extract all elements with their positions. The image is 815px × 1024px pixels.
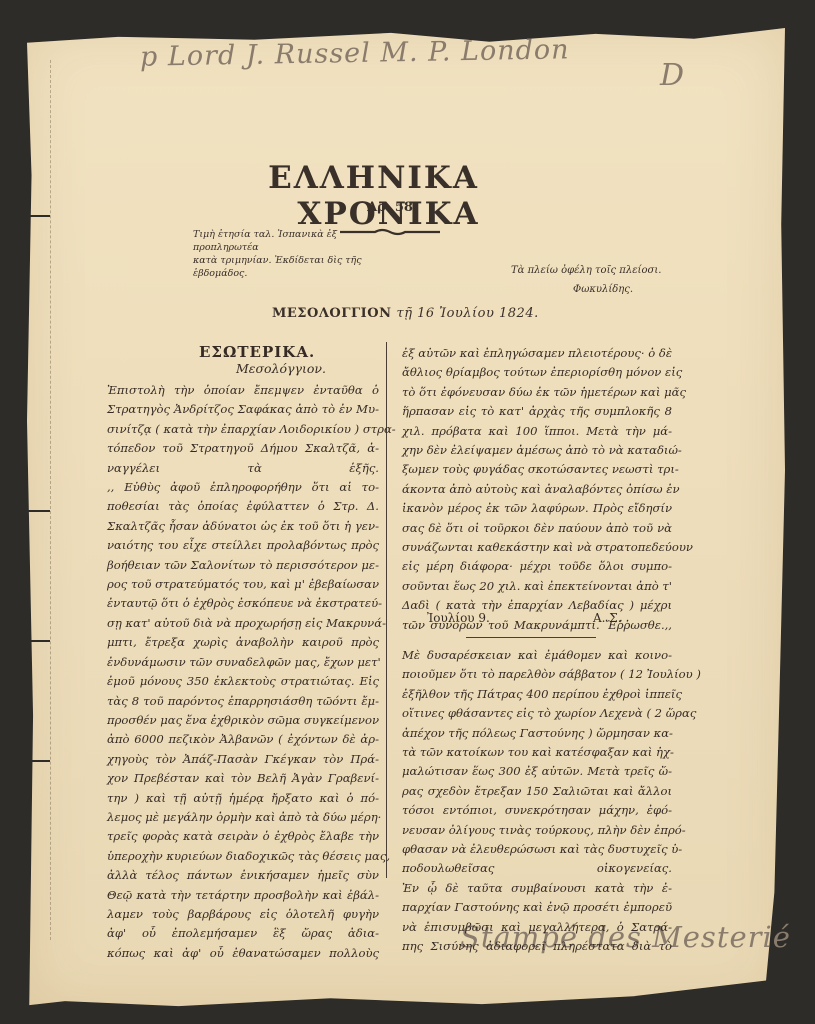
newspaper-title: ΕΛΛΗΝΙΚΑΧΡΟΝΙΚΑ bbox=[196, 160, 581, 232]
text-line: Ἐπιστολὴ τὴν ὁποίαν ἔπεμψεν ἐνταῦθα ὁ bbox=[107, 381, 379, 400]
text-line: ρος τοῦ στρατεύματός του, καὶ μ' ἐβεβαίω… bbox=[107, 575, 379, 594]
text-line: φθασαν νὰ ἐλευθερώσωσι καὶ τὰς δυστυχεῖς… bbox=[402, 840, 672, 859]
text-line: ἀπέχον τῆς πόλεως Γαστούνης ) ὥρμησαν κα… bbox=[402, 724, 672, 743]
text-line: ἐμοῦ μόνους 350 ἐκλεκτοὺς στρατιώτας. Εἰ… bbox=[107, 672, 379, 691]
text-line: εἰς μέρη διάφορα· μέχρι τοῦδε ὅλοι συμπο… bbox=[402, 557, 672, 576]
text-line: σινίτζᾳ ( κατὰ τὴν ἐπαρχίαν Λοιδορικίου … bbox=[107, 420, 379, 439]
text-line: προσθέν μας ἕνα ἐχθρικὸν σῶμα συγκείμενο… bbox=[107, 711, 379, 730]
dateline-place: ΜΕΣΟΛΟΓΓΙΟΝ bbox=[272, 306, 391, 321]
subscription-line: κατὰ τριμηνίαν. Ἐκδίδεται δὶς τῆς ἑβδομά… bbox=[193, 254, 363, 280]
article-column-right-top: ἐξ αὐτῶν καὶ ἐπληγώσαμεν πλειοτέρους· ὁ … bbox=[402, 344, 672, 635]
text-line: Σκαλτζᾶς ἦσαν ἀδύνατοι ὡς ἐκ τοῦ ὅτι ἡ γ… bbox=[107, 517, 379, 536]
text-line: Στρατηγὸς Ἀνδρίτζος Σαφάκας ἀπὸ τὸ ἐν Μυ… bbox=[107, 400, 379, 419]
text-line: συνάζωνται καθεκάστην καὶ νὰ στρατοπεδεύ… bbox=[402, 538, 672, 557]
text-line: τόσοι εντόπιοι, συνεκρότησαν μάχην, ἐφό- bbox=[402, 801, 672, 820]
text-line: χον Πρεβέσταν καὶ τὸν Βελῆ Ἀγὰν Γραβενί- bbox=[107, 769, 379, 788]
text-line: παρχίαν Γαστούνης καὶ ἐνῷ προσέτι ἐμπορε… bbox=[402, 898, 672, 917]
issue-number: Αρ. 58 bbox=[350, 200, 430, 215]
handwritten-corner-mark: D bbox=[660, 58, 685, 93]
text-line: σας δὲ ὅτι οἱ τοῦρκοι δὲν παύουν ἀπὸ τοῦ… bbox=[402, 519, 672, 538]
text-line: Μὲ δυσαρέσκειαν καὶ ἐμάθομεν καὶ κοινο- bbox=[402, 646, 672, 665]
text-line: ἐνδυνάμωσιν τῶν συναδελφῶν μας, ἔχων μετ… bbox=[107, 653, 379, 672]
text-line: πης Σισύνης ἀδιαφορεῖ πληρέστατα διὰ τὸ bbox=[402, 937, 672, 956]
text-line: ἀφ' οὗ ἐπολεμήσαμεν ἓξ ὥρας ἀδια- bbox=[107, 924, 379, 943]
text-line: Θεῷ κατὰ τὴν τετάρτην προσβολὴν καὶ ἐβάλ… bbox=[107, 886, 379, 905]
text-line: τόπεδον τοῦ Στρατηγοῦ Δήμου Σκαλτζᾶ, ἀ- bbox=[107, 439, 379, 458]
text-line: ἥρπασαν εἰς τὸ κατ' ἀρχὰς τῆς συμπλοκῆς … bbox=[402, 402, 672, 421]
subscription-line: Τιμὴ ἐτησία ταλ. Ἰσπανικὰ ἐξ προπληρωτέα bbox=[193, 228, 363, 254]
text-line: οἵτινες φθάσαντες εἰς τὸ χωρίον Λεχενὰ (… bbox=[402, 704, 672, 723]
text-line: ἐξ αὐτῶν καὶ ἐπληγώσαμεν πλειοτέρους· ὁ … bbox=[402, 344, 672, 363]
section-title: ΕΣΩΤΕΡΙΚΑ. bbox=[199, 343, 315, 361]
text-line: σοῦνται ἕως 20 χιλ. καὶ ἐπεκτείνονται ἀπ… bbox=[402, 577, 672, 596]
text-line: ποδουλωθεῖσας οἰκογενείας. bbox=[402, 859, 672, 878]
text-line: άκοντα ἀπὸ αὐτοὺς καὶ ἀναλαβόντες ὀπίσω … bbox=[402, 480, 672, 499]
title-word-1: ΕΛΛΗΝΙΚΑ bbox=[268, 160, 479, 196]
subscription-info: Τιμὴ ἐτησία ταλ. Ἰσπανικὰ ἐξ προπληρωτέα… bbox=[193, 228, 363, 280]
text-line: ναγγέλει τὰ ἑξῆς. bbox=[107, 459, 379, 478]
text-line: λαμεν τοὺς βαρβάρους εἰς ὁλοτελῆ φυγὴν bbox=[107, 905, 379, 924]
letter-date: Ἰουλίου 9. bbox=[427, 611, 490, 625]
text-line: ξωμεν τοὺς φυγάδας σκοτώσαντες νεωστὶ τρ… bbox=[402, 460, 672, 479]
section-place: Μεσολόγγιον. bbox=[236, 361, 326, 376]
text-line: ἀλλὰ τέλος πάντων ἐνικήσαμεν ἡμεῖς σὺν bbox=[107, 866, 379, 885]
dateline: ΜΕΣΟΛΟΓΓΙΟΝ τῇ 16 Ἰουλίου 1824. bbox=[272, 306, 539, 321]
text-line: σῃ κατ' αὐτοῦ διὰ νὰ προχωρήσῃ εἰς Μακρυ… bbox=[107, 614, 379, 633]
text-line: λεμος μὲ μεγάλην ὁρμὴν καὶ ἀπὸ τὰ δύω μέ… bbox=[107, 808, 379, 827]
text-line: τὸ ὅτι ἐφόνευσαν δύω ἐκ τῶν ἡμετέρων καὶ… bbox=[402, 383, 672, 402]
binding-tear bbox=[24, 640, 50, 642]
text-line: ποθεσίαι τὰς ὁποίας ἐφύλαττεν ὁ Στρ. Δ. bbox=[107, 497, 379, 516]
binding-stitch-marks bbox=[50, 60, 51, 940]
text-line: μαλώτισαν ἕως 300 ἐξ αὐτῶν. Μετὰ τρεῖς ὥ… bbox=[402, 762, 672, 781]
motto-author: Φωκυλίδης. bbox=[573, 284, 633, 295]
text-line: ὑπεροχὴν κυριεύων διαδοχικῶς τὰς θέσεις … bbox=[107, 847, 379, 866]
text-line: βοήθειαν τῶν Σαλονίτων τὸ περισσότερον μ… bbox=[107, 556, 379, 575]
text-line: ἐξῆλθον τῆς Πάτρας 400 περίπου ἐχθροὶ ἱπ… bbox=[402, 685, 672, 704]
text-line: ναιότης του εἶχε στείλλει προλαβόντως πρ… bbox=[107, 536, 379, 555]
text-line: την ) καὶ τῇ αὐτῇ ἡμέρᾳ ἤρξατο καὶ ὁ πό- bbox=[107, 789, 379, 808]
text-line: χην δὲν ἐλείψαμεν ἀμέσως ἀπὸ τὸ νὰ καταδ… bbox=[402, 441, 672, 460]
dateline-date: τῇ 16 Ἰουλίου 1824. bbox=[397, 306, 539, 321]
text-line: ,, Εὐθὺς ἀφοῦ ἐπληροφορήθην ὅτι αἱ το- bbox=[107, 478, 379, 497]
text-line: τρεῖς φορὰς κατὰ σειρὰν ὁ ἐχθρὸς ἔλαβε τ… bbox=[107, 827, 379, 846]
binding-tear bbox=[24, 215, 50, 217]
article-separator bbox=[466, 637, 596, 638]
article-column-left: Ἐπιστολὴ τὴν ὁποίαν ἔπεμψεν ἐνταῦθα ὁΣτρ… bbox=[107, 381, 379, 963]
text-line: ἐνταυτῷ ὅτι ὁ ἐχθρὸς ἐσκόπευε νὰ ἐκστρατ… bbox=[107, 594, 379, 613]
text-line: μπτι, ἔτρεξα χωρὶς ἀναβολὴν καιροῦ πρὸς bbox=[107, 633, 379, 652]
text-line: τὰ τῶν κατοίκων του καὶ κατέσφαξαν καὶ ἠ… bbox=[402, 743, 672, 762]
article-column-right-bottom: Μὲ δυσαρέσκειαν καὶ ἐμάθομεν καὶ κοινο-π… bbox=[402, 646, 672, 957]
text-line: Ἐν ᾧ δὲ ταῦτα συμβαίνουσι κατὰ τὴν ἐ- bbox=[402, 879, 672, 898]
text-line: χιλ. πρόβατα καὶ 100 ἵπποι. Μετὰ τὴν μά- bbox=[402, 422, 672, 441]
text-line: ἄθλιος θρίαμβος τούτων ἐπεριορίσθη μόνον… bbox=[402, 363, 672, 382]
text-line: νευσαν ὀλίγους τινὰς τούρκους, πλὴν δὲν … bbox=[402, 821, 672, 840]
text-line: ἀπὸ 6000 πεζικὸν Ἀλβανῶν ( ἐχόντων δὲ ἀρ… bbox=[107, 730, 379, 749]
text-line: νὰ ἐπισυμβῶσι καὶ μεγαλλήτερα, ὁ Σατρά- bbox=[402, 918, 672, 937]
text-line: χηγοὺς τὸν Ἀπάζ-Πασὰν Γκέγκαν τὸν Πρά- bbox=[107, 750, 379, 769]
binding-tear bbox=[24, 760, 50, 762]
text-line: ρας σχεδὸν ἔτρεξαν 150 Σαλιῶται καὶ ἄλλο… bbox=[402, 782, 672, 801]
text-line: τὰς 8 τοῦ παρόντος ἐπαρρησιάσθη τῶόντι ἔ… bbox=[107, 692, 379, 711]
letter-initials: Α. Σ. bbox=[593, 611, 622, 625]
binding-tear bbox=[24, 510, 50, 512]
text-line: κόπως καὶ ἀφ' οὗ ἐθανατώσαμεν πολλοὺς bbox=[107, 944, 379, 963]
text-line: ἱκανὸν μέρος ἐκ τῶν λαφύρων. Πρὸς εἴδησί… bbox=[402, 499, 672, 518]
motto-text: Τὰ πλείω ὀφέλη τοῖς πλείοσι. bbox=[511, 265, 661, 276]
text-line: ποιοῦμεν ὅτι τὸ παρελθὸν σάββατον ( 12 Ἰ… bbox=[402, 665, 672, 684]
